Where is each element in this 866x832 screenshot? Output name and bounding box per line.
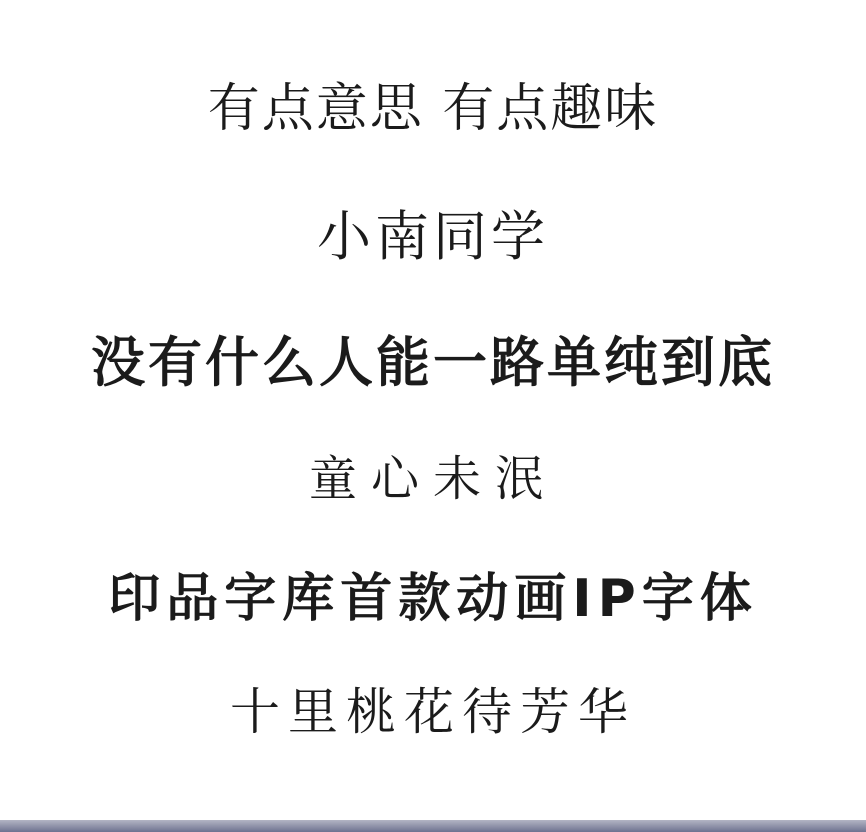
font-sample-row-6[interactable]: 十里桃花待芳华 bbox=[0, 684, 866, 742]
font-preview-page: 有点意思 有点趣味 小南同学 没有什么人能一路单纯到底 童心未泯 印品字库首款动… bbox=[0, 0, 866, 832]
font-sample-text-1: 有点意思 有点趣味 bbox=[208, 79, 659, 139]
window-bottom-edge-bar bbox=[0, 820, 866, 832]
font-sample-text-3: 没有什么人能一路单纯到底 bbox=[91, 331, 775, 394]
font-sample-row-3[interactable]: 没有什么人能一路单纯到底 bbox=[0, 332, 866, 394]
font-sample-row-5[interactable]: 印品字库首款动画IP字体 bbox=[0, 570, 866, 630]
font-sample-text-6: 十里桃花待芳华 bbox=[230, 683, 636, 741]
font-sample-row-4[interactable]: 童心未泯 bbox=[0, 452, 866, 507]
font-sample-row-2[interactable]: 小南同学 bbox=[0, 206, 866, 268]
font-sample-text-5: 印品字库首款动画IP字体 bbox=[108, 569, 757, 629]
font-sample-text-2: 小南同学 bbox=[317, 205, 549, 268]
font-sample-text-4: 童心未泯 bbox=[309, 451, 557, 507]
font-sample-row-1[interactable]: 有点意思 有点趣味 bbox=[0, 80, 866, 140]
